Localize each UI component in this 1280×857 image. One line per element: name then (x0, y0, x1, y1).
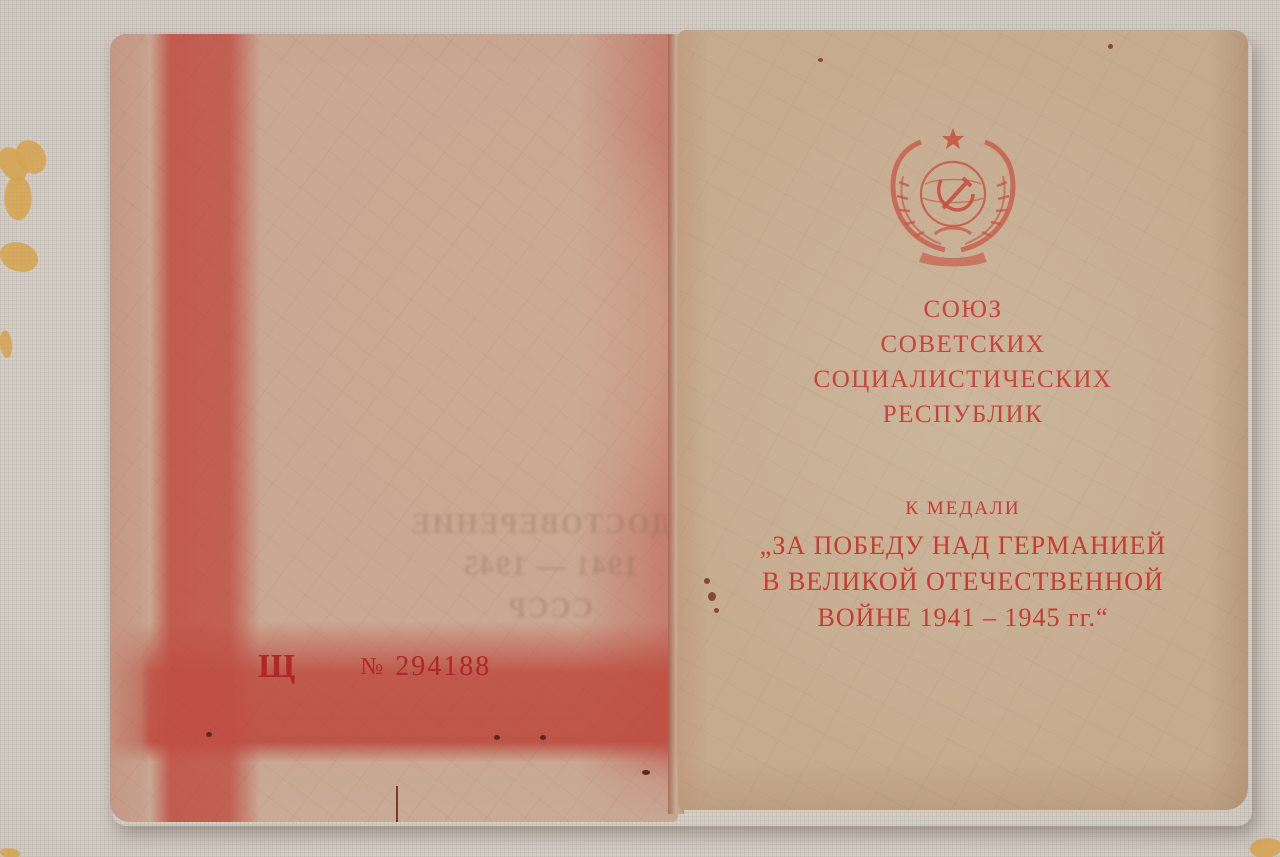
title-line: СОЮЗ (678, 292, 1248, 327)
series-letter: Щ (258, 648, 296, 685)
medal-prefix: К МЕДАЛИ (678, 494, 1248, 524)
rust-stain (1108, 44, 1113, 49)
title-line: РЕСПУБЛИК (678, 397, 1248, 432)
medal-line: „ЗА ПОБЕДУ НАД ГЕРМАНИЕЙ (678, 528, 1248, 564)
medal-line: В ВЕЛИКОЙ ОТЕЧЕСТВЕННОЙ (678, 564, 1248, 600)
wear-hole (540, 735, 546, 740)
medal-line: ВОЙНЕ 1941 – 1945 гг.“ (678, 600, 1248, 636)
booklet-left-page: УДОСТОВЕРЕНИЕ 1941 — 1945 СССР Щ № 29418… (110, 34, 678, 822)
title-line: СОЦИАЛИСТИЧЕСКИХ (678, 362, 1248, 397)
wear-hole (642, 770, 650, 775)
embroidery-petal (0, 848, 20, 857)
title-line: СОВЕТСКИХ (678, 327, 1248, 362)
bleed-through-text: УДОСТОВЕРЕНИЕ 1941 — 1945 СССР (380, 504, 678, 630)
ghost-line: СССР (380, 588, 678, 630)
booklet-right-page: СОЮЗ СОВЕТСКИХ СОЦИАЛИСТИЧЕСКИХ РЕСПУБЛИ… (678, 30, 1248, 810)
number-sign: № (360, 654, 383, 680)
ghost-line: 1941 — 1945 (380, 546, 678, 588)
rust-stain (708, 592, 716, 601)
medal-title: К МЕДАЛИ „ЗА ПОБЕДУ НАД ГЕРМАНИЕЙ В ВЕЛИ… (678, 494, 1248, 636)
embroidery-petal (0, 330, 12, 358)
embroidery-petal (0, 174, 35, 222)
wear-hole (206, 732, 212, 737)
embroidery-petal (1248, 834, 1280, 857)
country-title: СОЮЗ СОВЕТСКИХ СОЦИАЛИСТИЧЕСКИХ РЕСПУБЛИ… (678, 292, 1248, 432)
document-number: 294188 (395, 651, 491, 682)
serial-number: Щ № 294188 (258, 648, 491, 686)
wear-hole (494, 735, 500, 740)
ussr-emblem-icon (883, 122, 1023, 270)
embroidery-petal (0, 242, 38, 272)
rust-stain (714, 608, 719, 613)
tear-crease (396, 786, 398, 822)
rust-stain (818, 58, 823, 62)
rust-stain (704, 578, 710, 584)
ghost-line: УДОСТОВЕРЕНИЕ (380, 504, 678, 546)
